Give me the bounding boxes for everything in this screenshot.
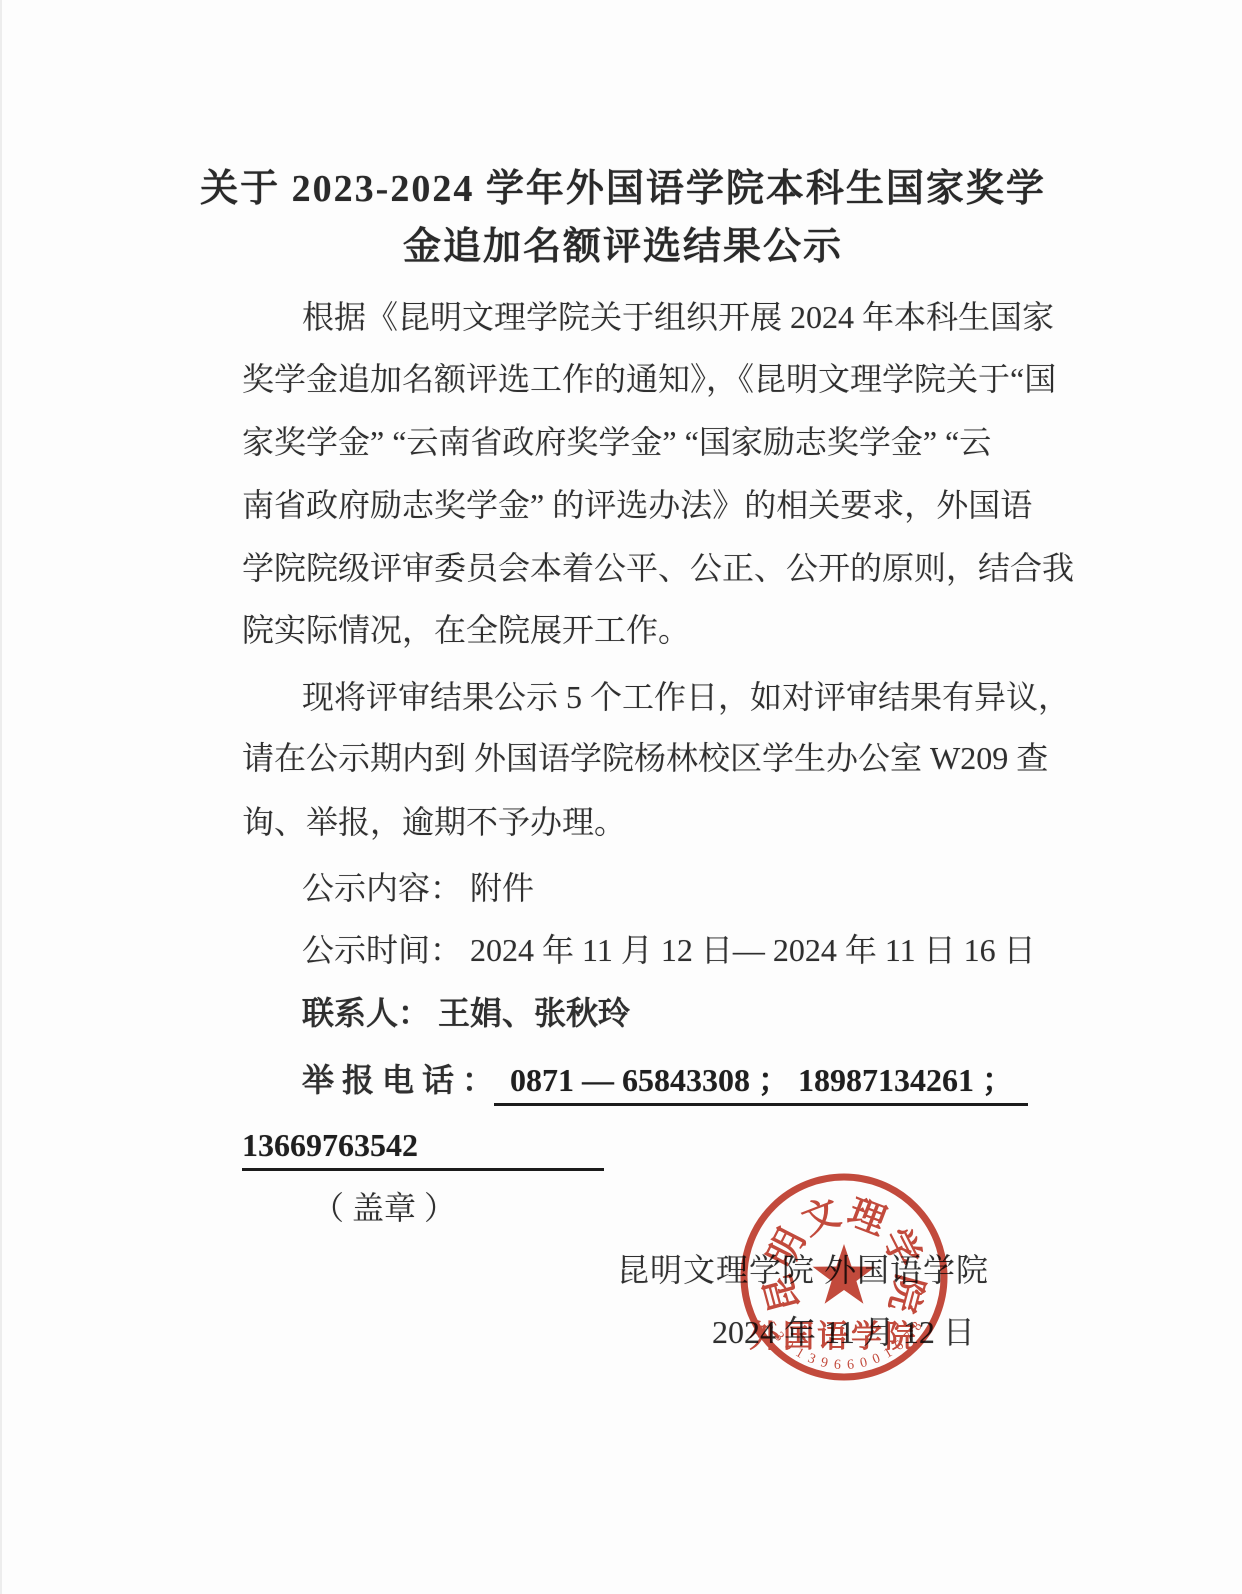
svg-text:文: 文 — [796, 1191, 846, 1243]
report-phone-label: 举 报 电 话 ： — [302, 1062, 494, 1098]
svg-text:学: 学 — [874, 1222, 928, 1274]
svg-text:6: 6 — [847, 1358, 855, 1373]
seal-placeholder-note: （ 盖章 ） — [312, 1188, 456, 1228]
paragraph-line: 学院院级评审委员会本着公平、公正、公开的原则，结合我 — [242, 548, 1074, 588]
svg-text:6: 6 — [833, 1358, 841, 1373]
paragraph-line: 询、举报，逾期不予办理。 — [242, 802, 626, 842]
paragraph-line: 奖学金追加名额评选工作的通知》，《昆明文理学院关于“国 — [242, 359, 1056, 399]
svg-text:昆: 昆 — [757, 1270, 807, 1317]
paragraph-line: 家奖学金” “云南省政府奖学金” “国家励志奖学金” “云 — [242, 422, 991, 462]
contact-person-line: 联系人： 王娟、张秋玲 — [302, 993, 630, 1033]
notice-title-line-2: 金追加名额评选结果公示 — [2, 215, 1242, 270]
notice-title-line-1: 关于 2023-2024 学年外国语学院本科生国家奖学 — [2, 157, 1242, 212]
report-phone-line: 举 报 电 话 ：0871 — 65843308 ； 18987134261 ； — [302, 1060, 1028, 1106]
report-phone-numbers: 0871 — 65843308 ； 18987134261 ； — [494, 1060, 1028, 1106]
report-phone-line-2: 13669763542 — [242, 1125, 604, 1171]
svg-text:院: 院 — [881, 1270, 931, 1317]
paragraph-line: 南省政府励志奖学金” 的评选办法》的相关要求，外国语 — [242, 485, 1032, 525]
paragraph-line: 根据《昆明文理学院关于组织开展 2024 年本科生国家 — [302, 297, 1054, 337]
publicity-time-line: 公示时间： 2024 年 11 月 12 日— 2024 年 11 日 16 日 — [302, 930, 1036, 970]
svg-text:0: 0 — [859, 1355, 869, 1371]
star-icon — [813, 1244, 876, 1304]
svg-text:9: 9 — [819, 1355, 829, 1371]
scanned-notice-page: 关于 2023-2024 学年外国语学院本科生国家奖学 金追加名额评选结果公示 … — [0, 0, 1242, 1594]
official-seal: 昆明文理学院 外国语学院 53013966001678 — [730, 1163, 958, 1391]
paragraph-line: 院实际情况，在全院展开工作。 — [242, 610, 690, 650]
paragraph-line: 现将评审结果公示 5 个工作日，如对评审结果有异议， — [302, 677, 1070, 717]
paragraph-line: 请在公示期内到 外国语学院杨林校区学生办公室 W209 查 — [242, 738, 1048, 778]
publicity-content-line: 公示内容： 附件 — [302, 868, 534, 908]
